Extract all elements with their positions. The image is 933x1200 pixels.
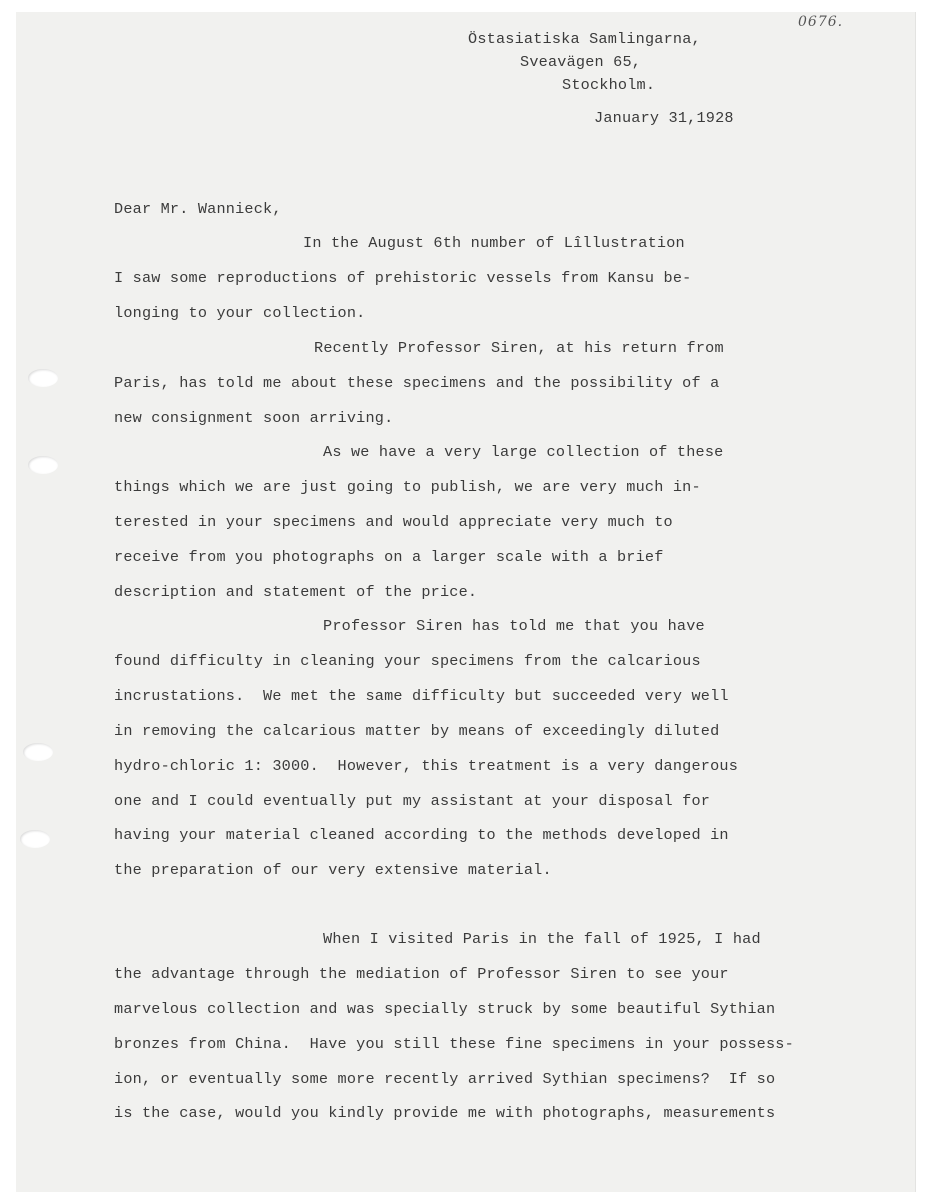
body-line: terested in your specimens and would app… [114, 513, 673, 531]
body-line: marvelous collection and was specially s… [114, 1000, 775, 1018]
body-line: having your material cleaned according t… [114, 826, 729, 844]
handwritten-page-number: 0676. [798, 14, 843, 30]
body-line: In the August 6th number of Lîllustratio… [303, 234, 685, 252]
body-line: is the case, would you kindly provide me… [114, 1104, 775, 1122]
body-line: ion, or eventually some more recently ar… [114, 1070, 775, 1088]
letter-body: Dear Mr. Wannieck, In the August 6th num… [0, 0, 19, 576]
body-line: the advantage through the mediation of P… [114, 965, 729, 983]
body-line: As we have a very large collection of th… [323, 443, 724, 461]
body-line: longing to your collection. [114, 304, 365, 322]
body-line: one and I could eventually put my assist… [114, 792, 710, 810]
body-line: When I visited Paris in the fall of 1925… [323, 930, 761, 948]
body-line: found difficulty in cleaning your specim… [114, 652, 701, 670]
body-line: Professor Siren has told me that you hav… [323, 617, 705, 635]
body-line: I saw some reproductions of prehistoric … [114, 269, 691, 287]
body-line: description and statement of the price. [114, 583, 477, 601]
letterhead-institution: Östasiatiska Samlingarna, [468, 30, 701, 48]
letter-date: January 31,1928 [594, 109, 734, 127]
body-line: incrustations. We met the same difficult… [114, 687, 729, 705]
body-line: in removing the calcarious matter by mea… [114, 722, 719, 740]
punch-hole-4 [20, 830, 50, 848]
body-line: receive from you photographs on a larger… [114, 548, 664, 566]
body-line: Recently Professor Siren, at his return … [314, 339, 724, 357]
punch-hole-2 [28, 456, 58, 474]
salutation: Dear Mr. Wannieck, [114, 200, 282, 218]
letterhead-city: Stockholm. [562, 76, 655, 94]
letterhead-street: Sveavägen 65, [520, 53, 641, 71]
body-line: hydro-chloric 1: 3000. However, this tre… [114, 757, 738, 775]
punch-hole-1 [28, 369, 58, 387]
body-line: new consignment soon arriving. [114, 409, 393, 427]
body-line: bronzes from China. Have you still these… [114, 1035, 794, 1053]
body-line: Paris, has told me about these specimens… [114, 374, 719, 392]
body-line: things which we are just going to publis… [114, 478, 701, 496]
punch-hole-3 [23, 743, 53, 761]
body-line: the preparation of our very extensive ma… [114, 861, 552, 879]
